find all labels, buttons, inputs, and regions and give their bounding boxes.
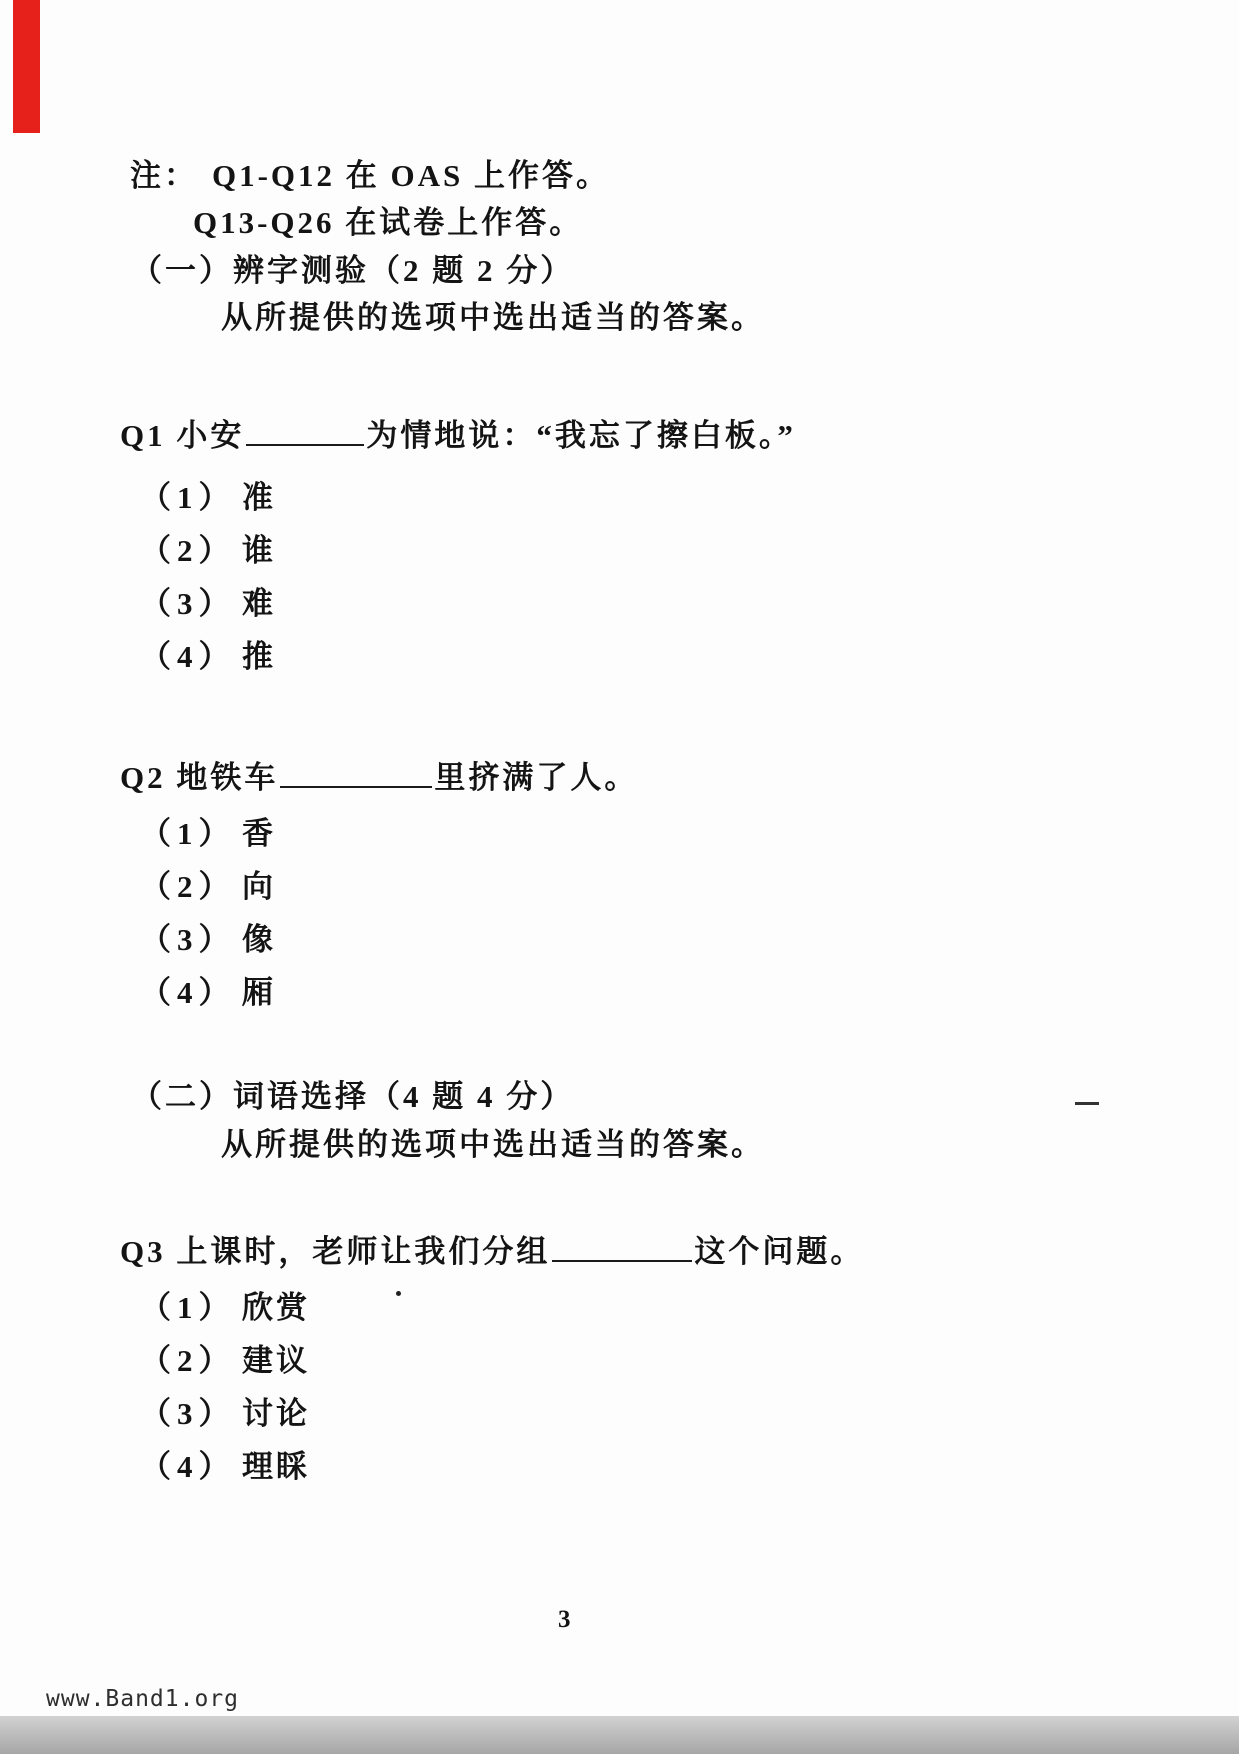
section-2-instruction: 从所提供的选项中选出适当的答案。 <box>221 1119 765 1164</box>
question-q1-blank <box>246 413 364 446</box>
question-q2: Q2 地铁车里挤满了人。 <box>120 752 638 797</box>
q1-option-2: （2）谁 <box>140 525 276 570</box>
note-line-1-text: Q1-Q12 在 OAS 上作答。 <box>212 158 610 193</box>
scan-artifact-dot <box>396 1291 401 1296</box>
q1-option-1: （1）准 <box>140 472 276 517</box>
q1-option-4: （4）推 <box>140 631 276 676</box>
page-number: 3 <box>558 1606 571 1634</box>
q2-option-1: （1）香 <box>140 808 276 853</box>
footer-scan-bar <box>0 1716 1239 1754</box>
question-q3: Q3 上课时，老师让我们分组这个问题。 <box>120 1226 864 1271</box>
note-line-2: Q13-Q26 在试卷上作答。 <box>193 197 583 242</box>
red-margin-strip <box>13 0 40 133</box>
question-q1-pre: 小安 <box>176 418 244 453</box>
q3-option-1: （1）欣赏 <box>140 1282 310 1327</box>
question-q2-pre: 地铁车 <box>176 760 278 795</box>
q3-option-4: （4）理睬 <box>140 1441 310 1486</box>
q3-option-2: （2）建议 <box>140 1335 310 1380</box>
section-2-title: （二）词语选择（4 题 4 分） <box>131 1071 574 1116</box>
scan-artifact-dash <box>1075 1102 1099 1105</box>
question-q1-post: 为情地说：“我忘了擦白板。” <box>366 418 796 453</box>
footer-url: www.Band1.org <box>46 1686 239 1712</box>
q2-option-3: （3）像 <box>140 914 276 959</box>
question-q2-id: Q2 <box>120 760 166 795</box>
q2-option-4: （4）厢 <box>140 967 276 1012</box>
note-prefix: 注： <box>130 150 198 195</box>
section-1-instruction: 从所提供的选项中选出适当的答案。 <box>221 292 765 337</box>
q2-option-2: （2）向 <box>140 861 276 906</box>
question-q3-pre: 上课时，老师让我们分组 <box>176 1234 550 1269</box>
note-line-1: 注：Q1-Q12 在 OAS 上作答。 <box>130 150 610 195</box>
question-q1-id: Q1 <box>120 418 166 453</box>
question-q3-blank <box>552 1229 692 1262</box>
q3-option-3: （3）讨论 <box>140 1388 310 1433</box>
section-1-title: （一）辨字测验（2 题 2 分） <box>131 245 574 290</box>
question-q1: Q1 小安为情地说：“我忘了擦白板。” <box>120 410 796 455</box>
scanned-exam-page: 注：Q1-Q12 在 OAS 上作答。 Q13-Q26 在试卷上作答。 （一）辨… <box>0 0 1239 1754</box>
q1-option-3: （3）难 <box>140 578 276 623</box>
question-q2-blank <box>280 755 432 788</box>
question-q2-post: 里挤满了人。 <box>434 760 638 795</box>
question-q3-post: 这个问题。 <box>694 1234 864 1269</box>
question-q3-id: Q3 <box>120 1234 166 1269</box>
